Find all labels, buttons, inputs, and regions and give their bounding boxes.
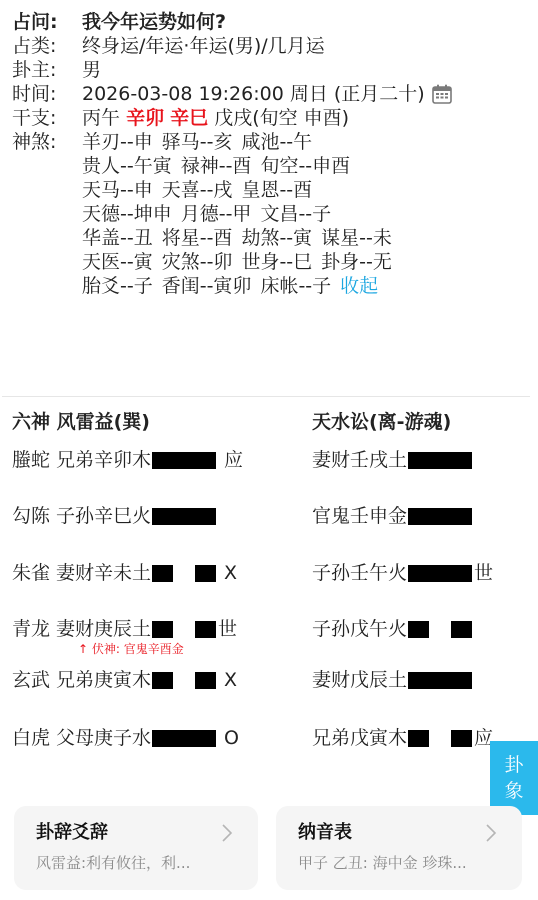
yao-text: 妻财戊辰土 bbox=[312, 668, 407, 692]
ganzhi-label: 干支: bbox=[12, 106, 82, 130]
shi-mark: 世 bbox=[218, 617, 237, 641]
card-subtitle: 风雷益:利有攸往，利... bbox=[36, 852, 238, 874]
changed-yao-row[interactable]: 兄弟戊寅木 应 bbox=[312, 726, 493, 750]
shensha-item: 旬空--申酉 bbox=[260, 155, 350, 177]
chevron-right-icon bbox=[482, 822, 500, 844]
main-yao-row[interactable]: 朱雀 妻财辛未土 X bbox=[12, 561, 237, 585]
yao-text: 妻财庚辰土 bbox=[56, 617, 151, 641]
ganzhi-day: 辛巳 bbox=[170, 106, 208, 130]
yao-text: 官鬼壬申金 bbox=[312, 504, 407, 528]
ganzhi-row: 干支: 丙午 辛卯 辛巳 戊戌(旬空 申酉) bbox=[12, 106, 532, 130]
category-label: 占类: bbox=[12, 34, 82, 58]
guaci-yaoci-card[interactable]: 卦辞爻辞 风雷益:利有攸往，利... bbox=[14, 806, 258, 890]
yang-line bbox=[408, 508, 472, 525]
shensha-item: 天马--申 bbox=[82, 179, 153, 201]
yao-text: 父母庚子水 bbox=[56, 726, 151, 750]
shensha-item: 皇恩--酉 bbox=[241, 179, 312, 201]
ganzhi-year: 丙午 bbox=[82, 106, 120, 130]
question-text: 我今年运势如何? bbox=[82, 10, 226, 34]
subject-row: 卦主: 男 bbox=[12, 58, 532, 82]
liushen-label: 勾陈 bbox=[12, 504, 50, 528]
shensha-item: 天医--寅 bbox=[82, 251, 153, 273]
shensha-item: 谋星--未 bbox=[321, 227, 392, 249]
shensha-item: 天喜--戌 bbox=[162, 179, 233, 201]
changed-yao-row[interactable]: 官鬼壬申金 bbox=[312, 504, 472, 528]
yao-text: 兄弟戊寅木 bbox=[312, 726, 407, 750]
yin-line bbox=[408, 621, 472, 638]
changed-yao-row[interactable]: 妻财戊辰土 bbox=[312, 668, 472, 692]
yang-line bbox=[408, 672, 472, 689]
moving-mark: O bbox=[224, 726, 239, 750]
question-label: 占问: bbox=[12, 10, 82, 34]
shensha-lines: 羊刃--申驿马--亥咸池--午 贵人--午寅禄神--酉旬空--申酉 天马--申天… bbox=[82, 130, 401, 298]
moving-mark: X bbox=[224, 561, 237, 585]
time-row: 时间: 2026-03-08 19:26:00 周日 (正月二十) bbox=[12, 82, 532, 106]
shensha-line: 羊刃--申驿马--亥咸池--午 bbox=[82, 130, 401, 154]
shensha-item: 灾煞--卯 bbox=[162, 251, 233, 273]
gua-xiang-label-1: 卦 bbox=[504, 752, 523, 778]
yao-text: 兄弟辛卯木 bbox=[56, 448, 151, 472]
changed-yao-row[interactable]: 子孙壬午火 世 bbox=[312, 561, 493, 585]
yang-line bbox=[408, 452, 472, 469]
yin-line bbox=[152, 621, 216, 638]
divider bbox=[2, 396, 530, 397]
collapse-link[interactable]: 收起 bbox=[340, 275, 378, 297]
time-label: 时间: bbox=[12, 82, 82, 106]
main-yao-row[interactable]: 白虎 父母庚子水 O bbox=[12, 726, 239, 750]
yin-line bbox=[152, 672, 216, 689]
yao-mark: 应 bbox=[224, 448, 243, 472]
shensha-item: 劫煞--寅 bbox=[241, 227, 312, 249]
shensha-item: 咸池--午 bbox=[241, 131, 312, 153]
yang-line bbox=[152, 452, 216, 469]
shensha-label: 神煞: bbox=[12, 130, 82, 298]
shensha-item: 将星--酉 bbox=[162, 227, 233, 249]
yao-text: 兄弟庚寅木 bbox=[56, 668, 151, 692]
shensha-item: 天德--坤申 bbox=[82, 203, 172, 225]
yang-line bbox=[152, 730, 216, 747]
moving-mark: X bbox=[224, 668, 237, 692]
changed-hexagram-header: 天水讼(离-游魂) bbox=[312, 410, 451, 434]
liushen-label: 玄武 bbox=[12, 668, 50, 692]
shensha-section: 神煞: 羊刃--申驿马--亥咸池--午 贵人--午寅禄神--酉旬空--申酉 天马… bbox=[12, 130, 532, 298]
card-subtitle: 甲子 乙丑: 海中金 珍珠... bbox=[298, 852, 502, 874]
main-yao-row[interactable]: 螣蛇 兄弟辛卯木 应 bbox=[12, 448, 243, 472]
subject-label: 卦主: bbox=[12, 58, 82, 82]
liushen-label: 螣蛇 bbox=[12, 448, 50, 472]
shensha-line: 华盖--丑将星--酉劫煞--寅谋星--未 bbox=[82, 226, 401, 250]
nayin-table-card[interactable]: 纳音表 甲子 乙丑: 海中金 珍珠... bbox=[276, 806, 522, 890]
yao-text: 妻财辛未土 bbox=[56, 561, 151, 585]
yang-line bbox=[408, 565, 472, 582]
calendar-icon[interactable] bbox=[431, 83, 453, 105]
category-row: 占类: 终身运/年运·年运(男)/几月运 bbox=[12, 34, 532, 58]
shensha-line: 天德--坤申月德--甲文昌--子 bbox=[82, 202, 401, 226]
gua-xiang-button[interactable]: 卦 象 bbox=[490, 741, 538, 815]
yao-text: 子孙壬午火 bbox=[312, 561, 407, 585]
gua-xiang-label-2: 象 bbox=[504, 778, 523, 804]
yin-line bbox=[152, 565, 216, 582]
shensha-item: 羊刃--申 bbox=[82, 131, 153, 153]
shi-mark: 世 bbox=[474, 561, 493, 585]
yin-line bbox=[408, 730, 472, 747]
shensha-line: 天医--寅灾煞--卯世身--巳卦身--无 bbox=[82, 250, 401, 274]
yao-text: 妻财壬戌土 bbox=[312, 448, 407, 472]
card-title: 卦辞爻辞 bbox=[36, 820, 238, 846]
question-row: 占问: 我今年运势如何? bbox=[12, 10, 532, 34]
shensha-line: 天马--申天喜--戌皇恩--酉 bbox=[82, 178, 401, 202]
shensha-item: 文昌--子 bbox=[260, 203, 331, 225]
shensha-item: 床帐--子 bbox=[260, 275, 331, 297]
yao-text: 子孙戊午火 bbox=[312, 617, 407, 641]
time-value: 2026-03-08 19:26:00 周日 (正月二十) bbox=[82, 82, 453, 106]
liushen-label: 白虎 bbox=[12, 726, 50, 750]
shensha-item: 贵人--午寅 bbox=[82, 155, 172, 177]
ganzhi-hour: 戊戌(旬空 申酉) bbox=[214, 106, 349, 130]
main-yao-row[interactable]: 玄武 兄弟庚寅木 X bbox=[12, 668, 237, 692]
card-title: 纳音表 bbox=[298, 820, 502, 846]
shensha-item: 胎爻--子 bbox=[82, 275, 153, 297]
shensha-item: 月德--甲 bbox=[181, 203, 252, 225]
shensha-line: 胎爻--子香闺--寅卯床帐--子收起 bbox=[82, 274, 401, 298]
fushen-note: ↑ 伏神: 官鬼辛酉金 bbox=[78, 642, 184, 656]
ganzhi-value: 丙午 辛卯 辛巳 戊戌(旬空 申酉) bbox=[82, 106, 349, 130]
main-yao-row[interactable]: 勾陈 子孙辛巳火 bbox=[12, 504, 216, 528]
subject-text: 男 bbox=[82, 58, 101, 82]
changed-yao-row[interactable]: 子孙戊午火 bbox=[312, 617, 472, 641]
chevron-right-icon bbox=[218, 822, 236, 844]
shensha-line: 贵人--午寅禄神--酉旬空--申酉 bbox=[82, 154, 401, 178]
shensha-item: 华盖--丑 bbox=[82, 227, 153, 249]
main-yao-row[interactable]: 青龙 妻财庚辰土 世 bbox=[12, 617, 237, 641]
shensha-item: 香闺--寅卯 bbox=[162, 275, 252, 297]
liushen-label: 朱雀 bbox=[12, 561, 50, 585]
divination-info: 占问: 我今年运势如何? 占类: 终身运/年运·年运(男)/几月运 卦主: 男 … bbox=[12, 10, 532, 298]
changed-yao-row[interactable]: 妻财壬戌土 bbox=[312, 448, 472, 472]
yao-text: 子孙辛巳火 bbox=[56, 504, 151, 528]
main-hexagram-header: 六神 风雷益(巽) bbox=[12, 410, 150, 434]
time-text: 2026-03-08 19:26:00 周日 (正月二十) bbox=[82, 82, 425, 106]
shensha-item: 禄神--酉 bbox=[181, 155, 252, 177]
category-text: 终身运/年运·年运(男)/几月运 bbox=[82, 34, 325, 58]
yang-line bbox=[152, 508, 216, 525]
ganzhi-month: 辛卯 bbox=[126, 106, 164, 130]
shensha-item: 卦身--无 bbox=[321, 251, 392, 273]
liushen-label: 青龙 bbox=[12, 617, 50, 641]
shensha-item: 驿马--亥 bbox=[162, 131, 233, 153]
shensha-item: 世身--巳 bbox=[241, 251, 312, 273]
